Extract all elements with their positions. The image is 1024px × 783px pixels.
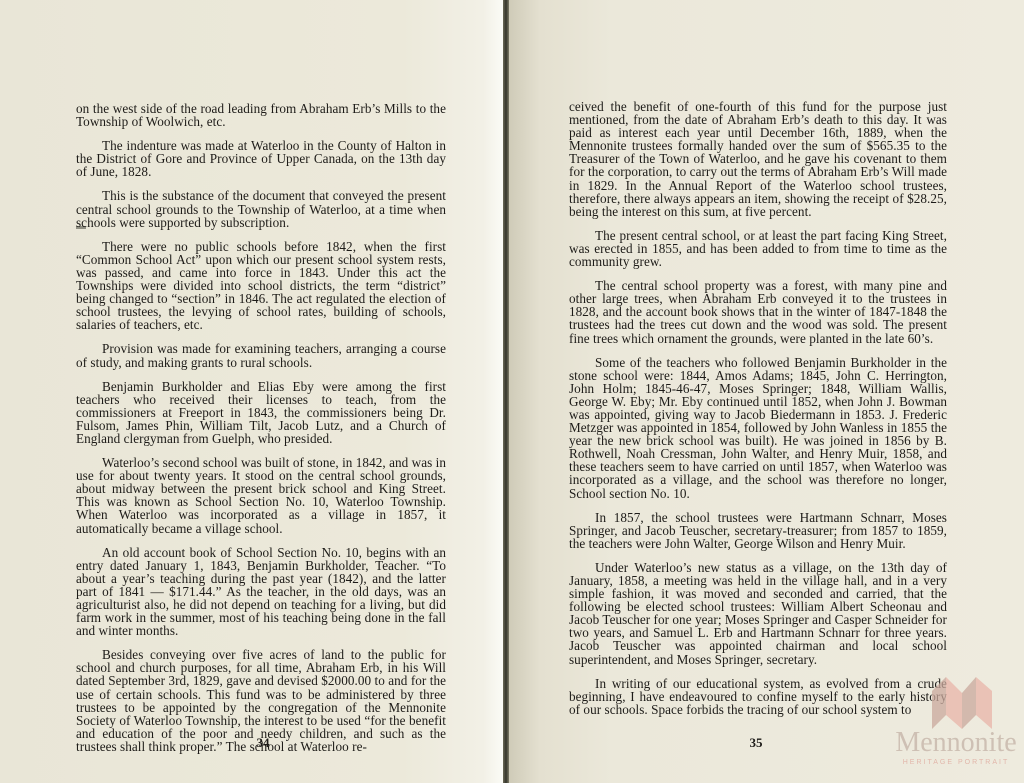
paragraph: Waterloo’s second school was built of st… (76, 456, 446, 535)
paragraph: Benjamin Burkholder and Elias Eby were a… (76, 380, 446, 445)
paragraph: An old account book of School Section No… (76, 546, 446, 638)
book-spread: on the west side of the road leading fro… (0, 0, 1024, 783)
left-page-text: on the west side of the road leading fro… (76, 102, 446, 764)
page-number: 34 (243, 735, 283, 751)
paragraph: Under Waterloo’s new status as a village… (569, 561, 947, 666)
paragraph: This is the substance of the document th… (76, 189, 446, 228)
paragraph: The indenture was made at Waterloo in th… (76, 139, 446, 178)
right-page-text: ceived the benefit of one-fourth of this… (569, 100, 947, 727)
paragraph: ceived the benefit of one-fourth of this… (569, 100, 947, 218)
paragraph: The present central school, or at least … (569, 229, 947, 268)
left-page: on the west side of the road leading fro… (0, 0, 503, 783)
paragraph: The central school property was a forest… (569, 279, 947, 344)
mennonite-logo-icon (932, 677, 992, 729)
paragraph: There were no public schools before 1842… (76, 240, 446, 332)
page-number: 35 (736, 735, 776, 751)
watermark: Mennonite HERITAGE PORTRAIT (892, 677, 1022, 777)
paragraph: on the west side of the road leading fro… (76, 102, 446, 128)
paragraph: Provision was made for examining teacher… (76, 342, 446, 368)
watermark-subtitle: HERITAGE PORTRAIT (892, 759, 1020, 766)
paragraph: Some of the teachers who followed Benjam… (569, 356, 947, 500)
right-page: ceived the benefit of one-fourth of this… (509, 0, 1024, 783)
watermark-name: Mennonite (892, 727, 1020, 759)
paragraph: In writing of our educational system, as… (569, 677, 947, 716)
paragraph: In 1857, the school trustees were Hartma… (569, 511, 947, 550)
